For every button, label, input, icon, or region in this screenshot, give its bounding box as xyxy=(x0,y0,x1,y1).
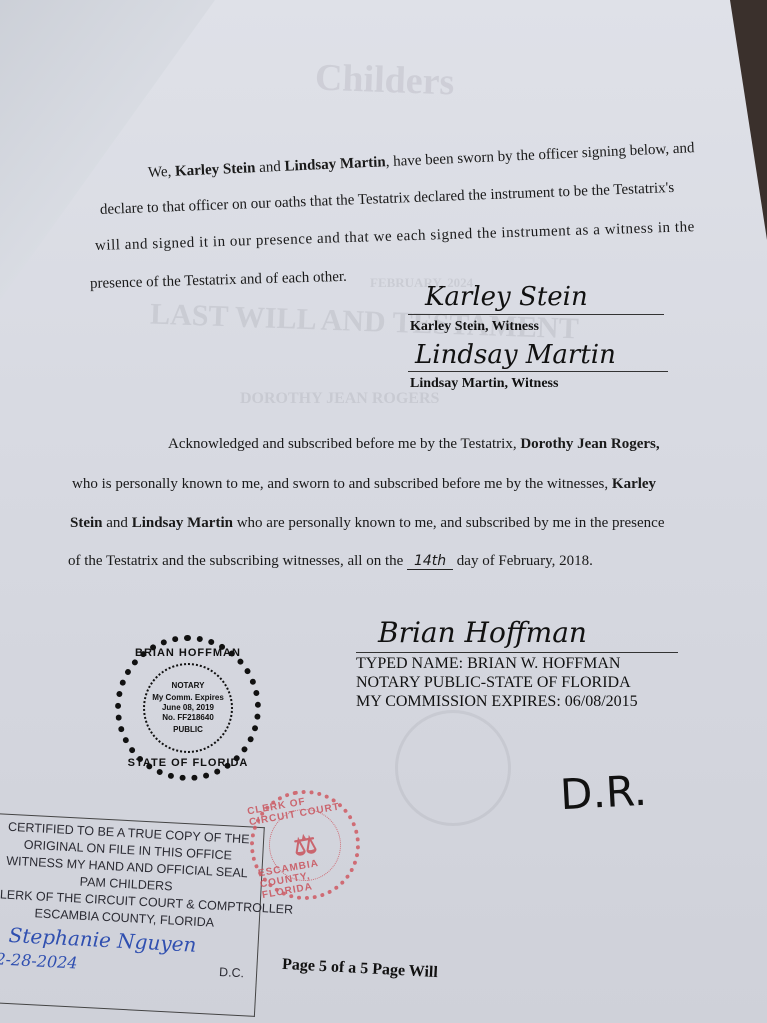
seal-line: My Comm. Expires xyxy=(152,693,224,703)
witness2-signature-line xyxy=(408,371,668,372)
witness2-signature: Lindsay Martin xyxy=(415,340,616,370)
text: and xyxy=(255,159,285,176)
notary-commission: MY COMMISSION EXPIRES: 06/08/2015 xyxy=(356,692,638,711)
testatrix-name: Dorothy Jean Rogers, xyxy=(520,436,659,452)
text: day of February, 2018. xyxy=(453,553,593,569)
notary-title: NOTARY PUBLIC-STATE OF FLORIDA xyxy=(356,673,638,692)
cert-date: 2-28-2024 xyxy=(0,950,78,971)
text: We, xyxy=(148,164,176,181)
clerk-seal: CLERK OF CIRCUIT COURT ⚖ ESCAMBIA COUNTY… xyxy=(241,781,368,908)
day-handwritten: 14th xyxy=(407,553,453,570)
ack-line-3: Stein and Lindsay Martin who are persona… xyxy=(70,515,665,532)
notary-block: TYPED NAME: BRIAN W. HOFFMAN NOTARY PUBL… xyxy=(356,654,638,711)
certification-stamp: CERTIFIED TO BE A TRUE COPY OF THE ORIGI… xyxy=(0,813,265,1017)
text: who is personally known to me, and sworn… xyxy=(72,476,612,492)
notary-typed-name: TYPED NAME: BRIAN W. HOFFMAN xyxy=(356,654,638,673)
cert-dc: D.C. xyxy=(219,964,245,982)
text: Acknowledged and subscribed before me by… xyxy=(168,436,520,452)
page-footer: Page 5 of a 5 Page Will xyxy=(282,956,439,982)
seal-bottom-text: STATE OF FLORIDA xyxy=(128,757,249,769)
witness2-name: Lindsay Martin xyxy=(132,515,233,531)
text: of the Testatrix and the subscribing wit… xyxy=(68,553,407,569)
text: , have been sworn by the officer signing… xyxy=(385,140,695,170)
ack-line-1: Acknowledged and subscribed before me by… xyxy=(168,436,660,453)
witness1-first-name: Karley xyxy=(612,476,656,492)
bleed-header: Childers xyxy=(314,56,455,105)
notary-signature: Brian Hoffman xyxy=(378,616,587,649)
witness1-caption: Karley Stein, Witness xyxy=(410,319,539,335)
seal-inner-bottom: PUBLIC xyxy=(173,725,203,735)
witness2-name: Lindsay Martin xyxy=(284,154,386,175)
seal-top-text: BRIAN HOFFMAN xyxy=(135,647,241,659)
testatrix-initials: D.R. xyxy=(559,766,648,819)
witness-paragraph-line-2: declare to that officer on our oaths tha… xyxy=(100,180,675,219)
seal-inner-top: NOTARY xyxy=(172,681,205,691)
bleed-seal xyxy=(395,710,511,826)
deputy-signature: Stephanie Nguyen xyxy=(8,927,196,954)
witness1-signature: Karley Stein xyxy=(425,282,588,312)
ack-line-2: who is personally known to me, and sworn… xyxy=(72,476,656,493)
will-page: Childers LAST WILL AND TESTAMENT DOROTHY… xyxy=(0,0,767,1023)
witness1-last-name: Stein xyxy=(70,515,103,531)
ack-line-4: of the Testatrix and the subscribing wit… xyxy=(68,553,593,570)
witness1-signature-line xyxy=(408,314,664,315)
notary-signature-line xyxy=(356,652,678,653)
witness1-name: Karley Stein xyxy=(175,160,256,180)
text: and xyxy=(103,515,132,531)
text: who are personally known to me, and subs… xyxy=(233,515,665,531)
notary-seal: BRIAN HOFFMAN NOTARY My Comm. Expires Ju… xyxy=(115,635,261,781)
seal-line: No. FF218640 xyxy=(162,713,214,723)
witness-paragraph-line-3: will and signed it in our presence and t… xyxy=(95,219,695,255)
witness-paragraph-line-1: We, Karley Stein and Lindsay Martin, hav… xyxy=(148,140,695,182)
witness-paragraph-line-4: presence of the Testatrix and of each ot… xyxy=(90,269,347,293)
witness2-caption: Lindsay Martin, Witness xyxy=(410,376,558,392)
seal-inner: NOTARY My Comm. Expires June 08, 2019 No… xyxy=(143,663,233,753)
bleed-name: DOROTHY JEAN ROGERS xyxy=(240,390,439,408)
seal-line: June 08, 2019 xyxy=(162,703,214,713)
